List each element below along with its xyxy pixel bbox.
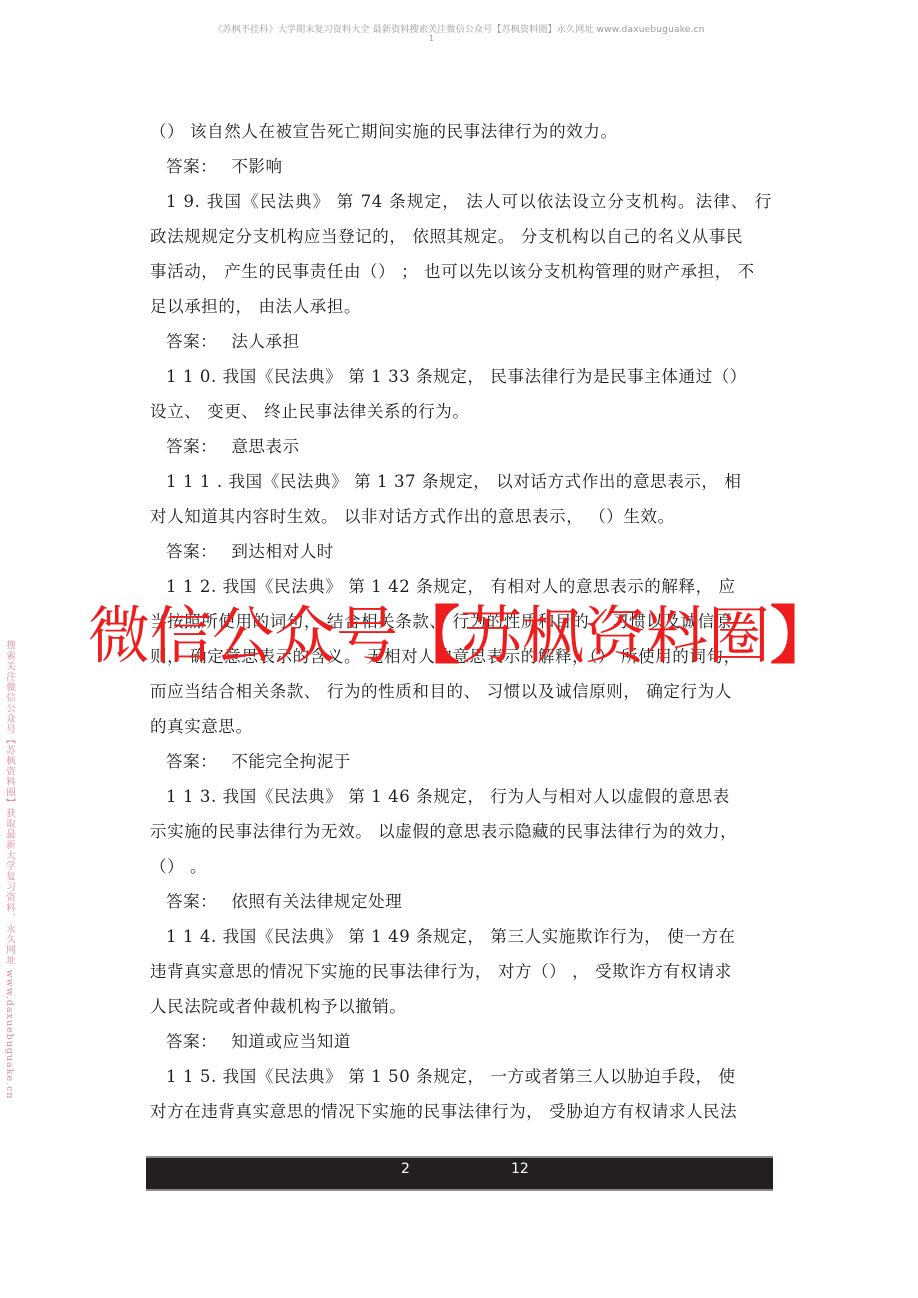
text-line: 违背真实意思的情况下实施的民事法律行为， 对方（） ， 受欺诈方有权请求 bbox=[150, 954, 772, 989]
answer-label: 答案： bbox=[166, 1032, 217, 1051]
line-text: 政法规规定分支机构应当登记的， 依照其规定。 分支机构以自己的名义从事民 bbox=[150, 227, 743, 246]
line-text: 设立、 变更、 终止民事法律关系的行为。 bbox=[150, 402, 470, 421]
line-text: 违背真实意思的情况下实施的民事法律行为， 对方（） ， 受欺诈方有权请求 bbox=[150, 962, 732, 981]
answer-text: 到达相对人时 bbox=[231, 542, 334, 561]
line-text: 而应当结合相关条款、 行为的性质和目的、 习惯以及诚信原则， 确定行为人 bbox=[150, 682, 732, 701]
total-pages-number: 12 bbox=[511, 1161, 529, 1177]
answer-line: 答案：依照有关法律规定处理 bbox=[150, 884, 772, 919]
question-line: 1 1 2. 我国《民法典》 第 1 42 条规定， 有相对人的意思表示的解释，… bbox=[150, 569, 772, 604]
text-line: 政法规规定分支机构应当登记的， 依照其规定。 分支机构以自己的名义从事民 bbox=[150, 219, 772, 254]
text-line: 则， 确定意思表示的含义。 无相对人的意思表示的解释，（） 所使用的词句， bbox=[150, 639, 772, 674]
text-line: 对人知道其内容时生效。 以非对话方式作出的意思表示， （）生效。 bbox=[150, 499, 772, 534]
text-line: 人民法院或者仲裁机构予以撤销。 bbox=[150, 989, 772, 1024]
question-line: 1 9. 我国《民法典》 第 74 条规定， 法人可以依法设立分支机构。法律、 … bbox=[150, 184, 772, 219]
side-watermark-note: 搜索关注微信公众号【苏枫资料圈】获取最新大学复习资料，永久网址 www.daxu… bbox=[4, 640, 16, 1100]
answer-line: 答案：意思表示 bbox=[150, 429, 772, 464]
line-text: 示实施的民事法律行为无效。 以虚假的意思表示隐藏的民事法律行为的效力， bbox=[150, 822, 737, 841]
answer-line: 答案：不能完全拘泥于 bbox=[150, 744, 772, 779]
line-text: 足以承担的， 由法人承担。 bbox=[150, 297, 361, 316]
answer-label: 答案： bbox=[166, 752, 217, 771]
answer-label: 答案： bbox=[166, 542, 217, 561]
answer-text: 不影响 bbox=[231, 157, 282, 176]
answer-text: 不能完全拘泥于 bbox=[231, 752, 351, 771]
text-line: 事活动， 产生的民事责任由（） ； 也可以先以该分支机构管理的财产承担， 不 bbox=[150, 254, 772, 289]
line-text: 对人知道其内容时生效。 以非对话方式作出的意思表示， （）生效。 bbox=[150, 507, 675, 526]
line-text: 1 1 3. 我国《民法典》 第 1 46 条规定， 行为人与相对人以虚假的意思… bbox=[166, 787, 730, 806]
line-text: 1 1 4. 我国《民法典》 第 1 49 条规定， 第三人实施欺诈行为， 使一… bbox=[166, 927, 736, 946]
answer-text: 意思表示 bbox=[231, 437, 299, 456]
answer-label: 答案： bbox=[166, 157, 217, 176]
line-text: 1 1 2. 我国《民法典》 第 1 42 条规定， 有相对人的意思表示的解释，… bbox=[166, 577, 736, 596]
text-line: 示实施的民事法律行为无效。 以虚假的意思表示隐藏的民事法律行为的效力， bbox=[150, 814, 772, 849]
line-text: 则， 确定意思表示的含义。 无相对人的意思表示的解释，（） 所使用的词句， bbox=[150, 647, 741, 666]
line-text: 人民法院或者仲裁机构予以撤销。 bbox=[150, 997, 407, 1016]
answer-text: 知道或应当知道 bbox=[231, 1032, 351, 1051]
header-mark: 1 bbox=[429, 34, 434, 43]
text-line: （） 该自然人在被宣告死亡期间实施的民事法律行为的效力。 bbox=[150, 114, 772, 149]
line-text: （） 。 bbox=[150, 857, 207, 876]
document-body: （） 该自然人在被宣告死亡期间实施的民事法律行为的效力。 答案：不影响 1 9.… bbox=[150, 114, 772, 1129]
answer-label: 答案： bbox=[166, 437, 217, 456]
line-text: 事活动， 产生的民事责任由（） ； 也可以先以该分支机构管理的财产承担， 不 bbox=[150, 262, 755, 281]
header-note: 《苏枫不挂科》大学期末复习资料大全 最新资料搜索关注微信公众号【苏枫资料圈】永久… bbox=[0, 22, 918, 35]
line-text: 1 1 0. 我国《民法典》 第 1 33 条规定， 民事法律行为是民事主体通过… bbox=[166, 367, 747, 386]
answer-line: 答案：到达相对人时 bbox=[150, 534, 772, 569]
line-text: 对方在违背真实意思的情况下实施的民事法律行为， 受胁迫方有权请求人民法 bbox=[150, 1102, 737, 1121]
line-text: 1 1 5. 我国《民法典》 第 1 50 条规定， 一方或者第三人以胁迫手段，… bbox=[166, 1067, 736, 1086]
watermark-close-bracket: 】 bbox=[770, 596, 832, 676]
answer-text: 法人承担 bbox=[231, 332, 299, 351]
question-line: 1 1 0. 我国《民法典》 第 1 33 条规定， 民事法律行为是民事主体通过… bbox=[150, 359, 772, 394]
answer-line: 答案：不影响 bbox=[150, 149, 772, 184]
text-line: 足以承担的， 由法人承担。 bbox=[150, 289, 772, 324]
text-line: 而应当结合相关条款、 行为的性质和目的、 习惯以及诚信原则， 确定行为人 bbox=[150, 674, 772, 709]
question-line: 1 1 4. 我国《民法典》 第 1 49 条规定， 第三人实施欺诈行为， 使一… bbox=[150, 919, 772, 954]
question-line: 1 1 5. 我国《民法典》 第 1 50 条规定， 一方或者第三人以胁迫手段，… bbox=[150, 1059, 772, 1094]
line-text: 当按照所使用的词句， 结合相关条款、 行为的性质和目的、 习惯以及诚信原 bbox=[150, 612, 732, 631]
answer-line: 答案：法人承担 bbox=[150, 324, 772, 359]
line-text: 的真实意思。 bbox=[150, 717, 253, 736]
answer-line: 答案：知道或应当知道 bbox=[150, 1024, 772, 1059]
current-page-number: 2 bbox=[401, 1161, 410, 1177]
question-line: 1 1 1 . 我国《民法典》 第 1 37 条规定， 以对话方式作出的意思表示… bbox=[150, 464, 772, 499]
text-line: 对方在违背真实意思的情况下实施的民事法律行为， 受胁迫方有权请求人民法 bbox=[150, 1094, 772, 1129]
line-text: 1 1 1 . 我国《民法典》 第 1 37 条规定， 以对话方式作出的意思表示… bbox=[166, 472, 741, 491]
text-line: 的真实意思。 bbox=[150, 709, 772, 744]
text-line: （） 。 bbox=[150, 849, 772, 884]
answer-text: 依照有关法律规定处理 bbox=[231, 892, 402, 911]
text-line: 设立、 变更、 终止民事法律关系的行为。 bbox=[150, 394, 772, 429]
text-line: 当按照所使用的词句， 结合相关条款、 行为的性质和目的、 习惯以及诚信原 bbox=[150, 604, 772, 639]
answer-label: 答案： bbox=[166, 332, 217, 351]
answer-label: 答案： bbox=[166, 892, 217, 911]
line-text: （） 该自然人在被宣告死亡期间实施的民事法律行为的效力。 bbox=[150, 122, 618, 141]
page-footer-bar: 2 12 bbox=[146, 1156, 773, 1191]
question-line: 1 1 3. 我国《民法典》 第 1 46 条规定， 行为人与相对人以虚假的意思… bbox=[150, 779, 772, 814]
line-text: 1 9. 我国《民法典》 第 74 条规定， 法人可以依法设立分支机构。法律、 … bbox=[166, 192, 772, 211]
